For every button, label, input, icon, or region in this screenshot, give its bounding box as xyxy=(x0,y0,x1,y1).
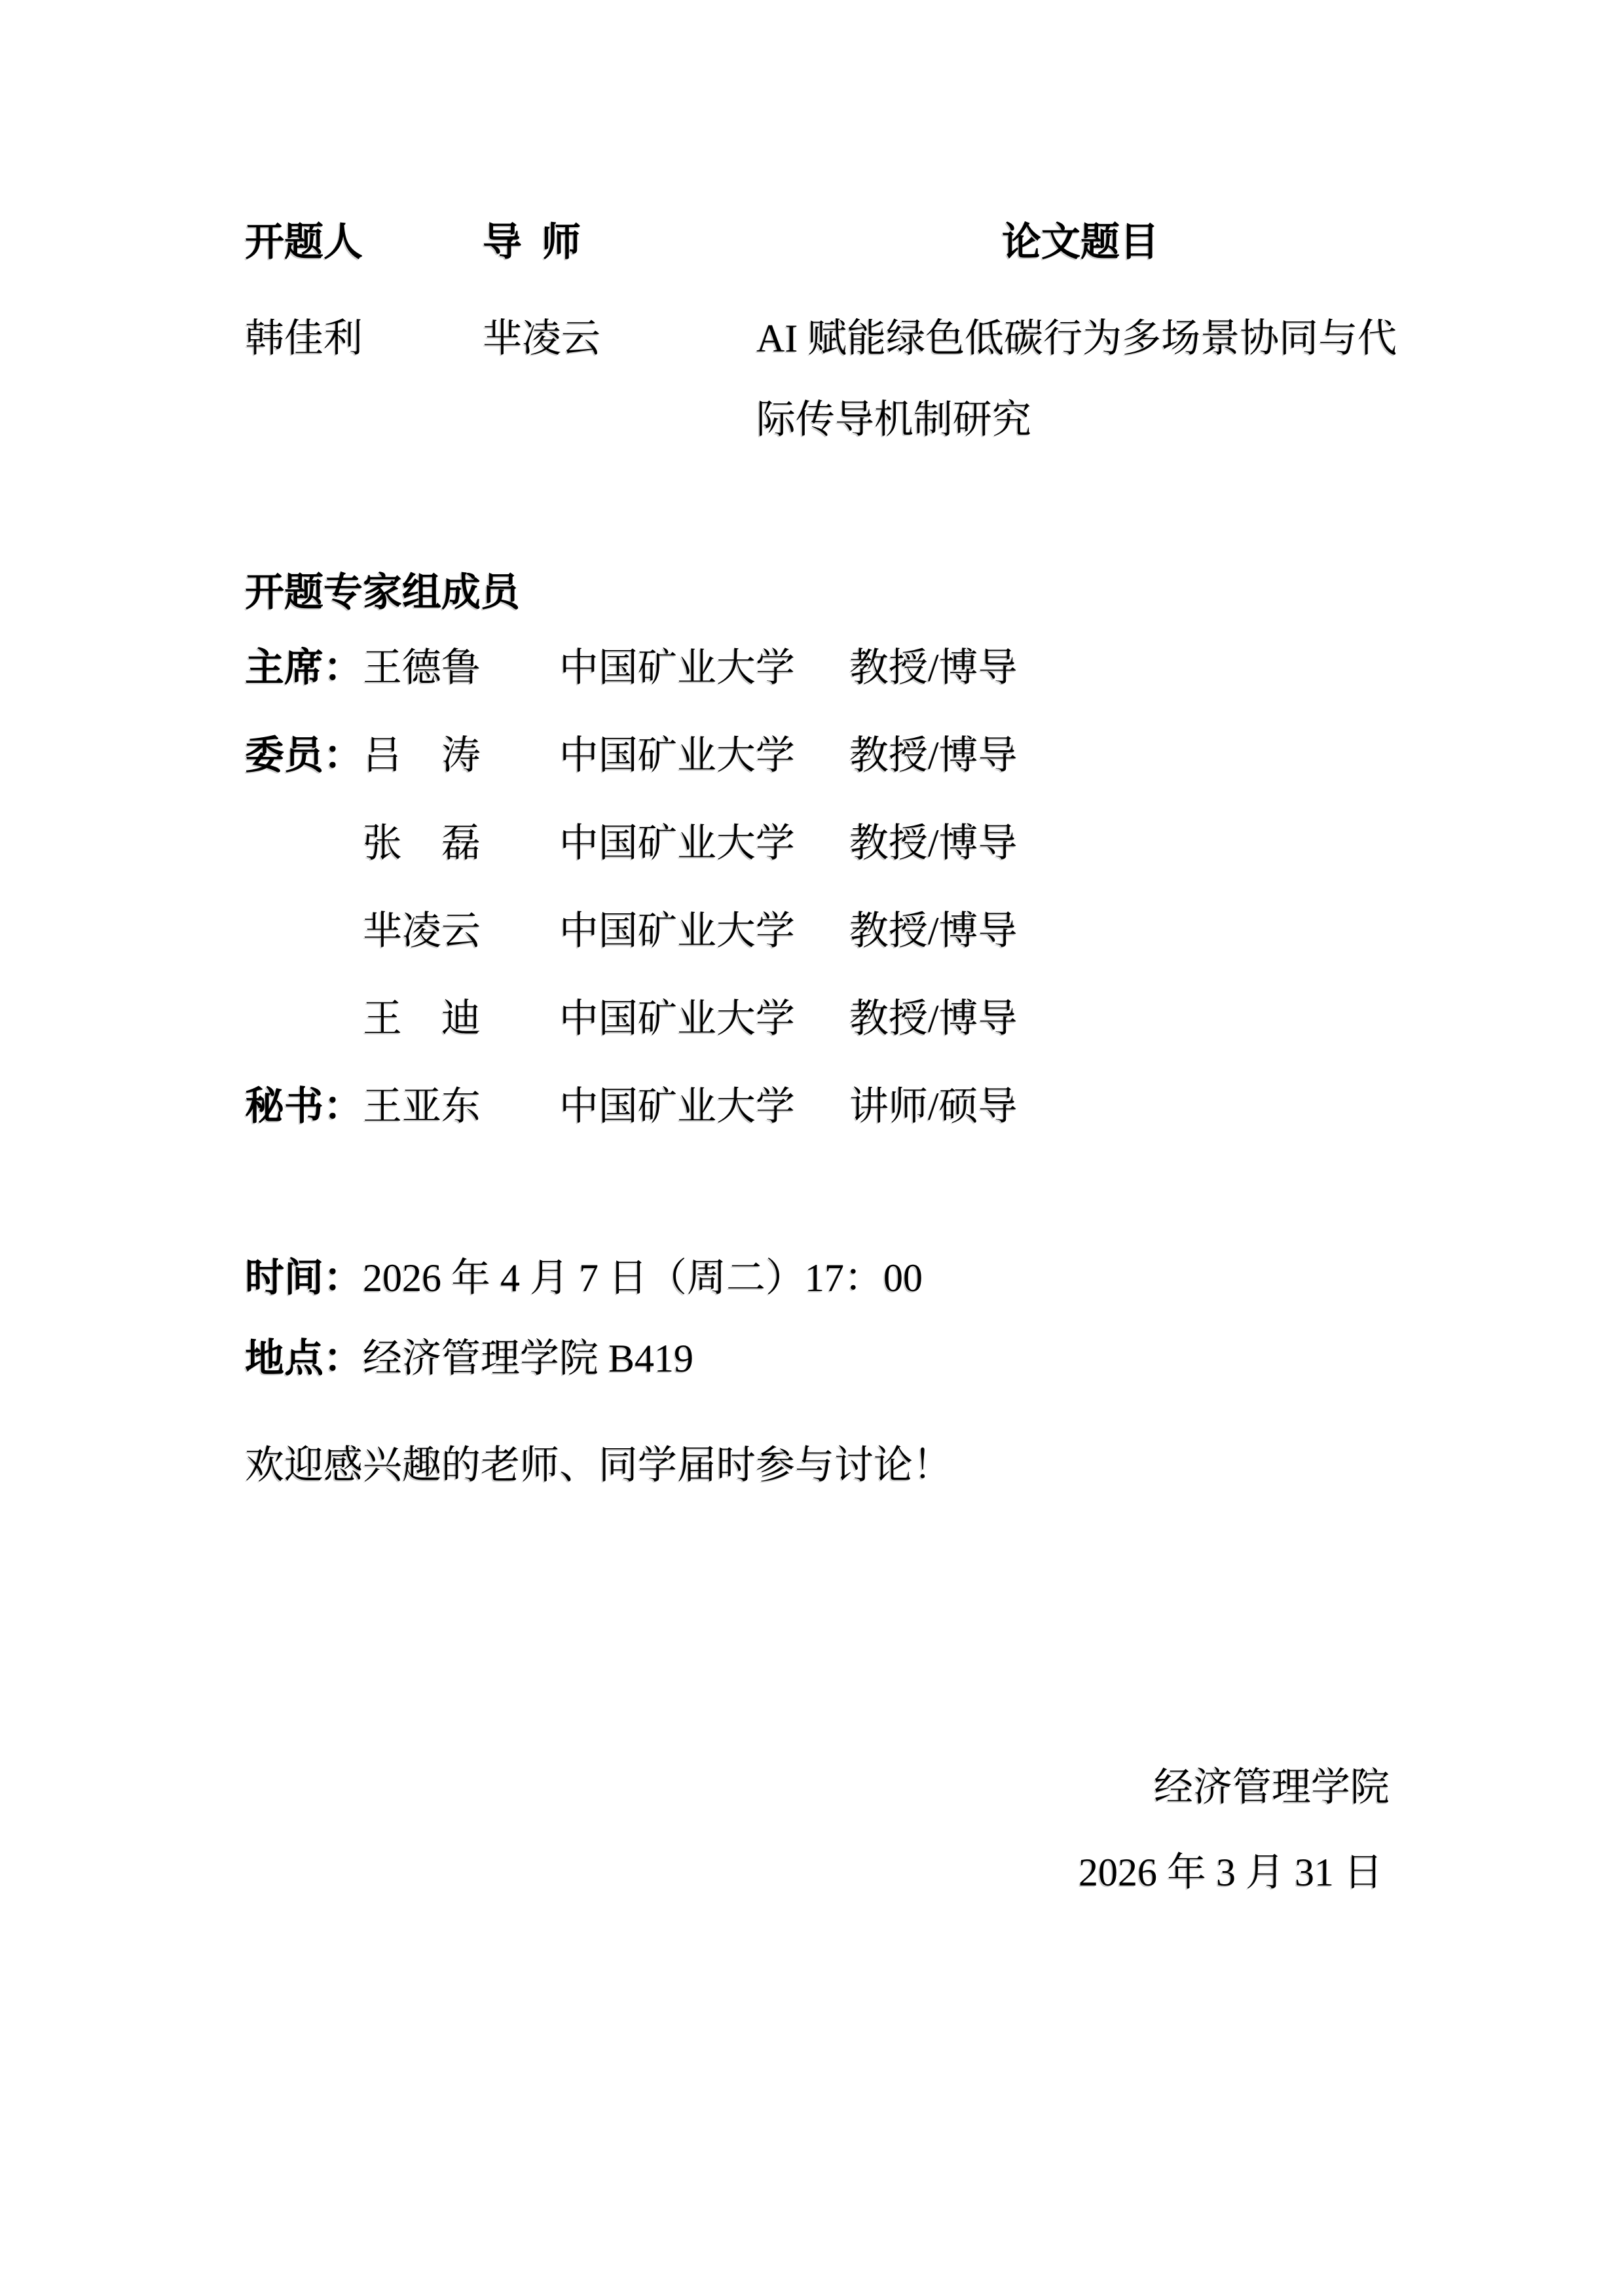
committee-row: 秘书： 王亚东 中国矿业大学 讲师/硕导 xyxy=(245,1087,1018,1126)
committee-member-title: 教授/博导 xyxy=(849,648,1018,687)
committee-member-title: 教授/博导 xyxy=(849,736,1018,775)
thesis-title: AI 赋能绿色低碳行为多场景协同与代际传导机制研究 xyxy=(756,298,1405,460)
committee-role-label: 委员： xyxy=(245,736,363,775)
welcome-text: 欢迎感兴趣的老师、同学届时参与讨论！ xyxy=(245,1446,952,1485)
committee-member-name: 芈凌云 xyxy=(363,911,559,951)
footer-date: 2026 年 3 月 31 日 xyxy=(0,1853,1383,1892)
committee-member-name: 王德鲁 xyxy=(363,648,559,687)
committee-row: 芈凌云 中国矿业大学 教授/博导 xyxy=(245,911,1018,951)
place-row: 地点： 经济管理学院 B419 xyxy=(245,1339,693,1378)
committee-role-label: 主席： xyxy=(245,648,363,687)
committee-row: 王 迪 中国矿业大学 教授/博导 xyxy=(245,999,1018,1038)
committee-member-university: 中国矿业大学 xyxy=(559,736,849,775)
committee-role-label xyxy=(245,999,363,1038)
committee-row: 委员： 吕 涛 中国矿业大学 教授/博导 xyxy=(245,736,1018,775)
advisor-label: 导 师 xyxy=(483,223,756,262)
proposer-name: 韩佳利 xyxy=(245,319,483,358)
committee-member-university: 中国矿业大学 xyxy=(559,1087,849,1126)
committee-member-name: 吕 涛 xyxy=(363,736,559,775)
entry-row: 韩佳利 芈凌云 xyxy=(245,319,756,358)
committee-member-title: 讲师/硕导 xyxy=(849,1087,1018,1126)
committee-member-title: 教授/博导 xyxy=(849,911,1018,951)
committee-role-label: 秘书： xyxy=(245,1087,363,1126)
place-value: 经济管理学院 B419 xyxy=(363,1339,693,1378)
committee-section-title: 开题专家组成员 xyxy=(245,573,520,612)
committee-member-name: 王亚东 xyxy=(363,1087,559,1126)
committee-member-university: 中国矿业大学 xyxy=(559,999,849,1038)
advisor-name: 芈凌云 xyxy=(483,319,756,358)
committee-member-university: 中国矿业大学 xyxy=(559,648,849,687)
proposer-label: 开题人 xyxy=(245,223,483,262)
committee-member-name: 张 磊 xyxy=(363,824,559,863)
committee-role-label xyxy=(245,911,363,951)
time-row: 时间： 2026 年 4 月 7 日（周二）17：00 xyxy=(245,1258,923,1298)
header-row: 开题人 导 师 论文题目 xyxy=(245,223,1405,262)
time-label: 时间： xyxy=(245,1258,363,1298)
committee-row: 主席： 王德鲁 中国矿业大学 教授/博导 xyxy=(245,648,1018,687)
thesis-title-label: 论文题目 xyxy=(756,223,1405,262)
committee-member-title: 教授/博导 xyxy=(849,999,1018,1038)
time-value: 2026 年 4 月 7 日（周二）17：00 xyxy=(363,1258,923,1298)
committee-member-university: 中国矿业大学 xyxy=(559,824,849,863)
footer-organization: 经济管理学院 xyxy=(0,1768,1390,1807)
place-label: 地点： xyxy=(245,1339,363,1378)
committee-member-university: 中国矿业大学 xyxy=(559,911,849,951)
committee-row: 张 磊 中国矿业大学 教授/博导 xyxy=(245,824,1018,863)
committee-role-label xyxy=(245,824,363,863)
committee-member-title: 教授/博导 xyxy=(849,824,1018,863)
committee-member-name: 王 迪 xyxy=(363,999,559,1038)
document-page: 开题人 导 师 论文题目 韩佳利 芈凌云 AI 赋能绿色低碳行为多场景协同与代际… xyxy=(0,0,1624,2296)
